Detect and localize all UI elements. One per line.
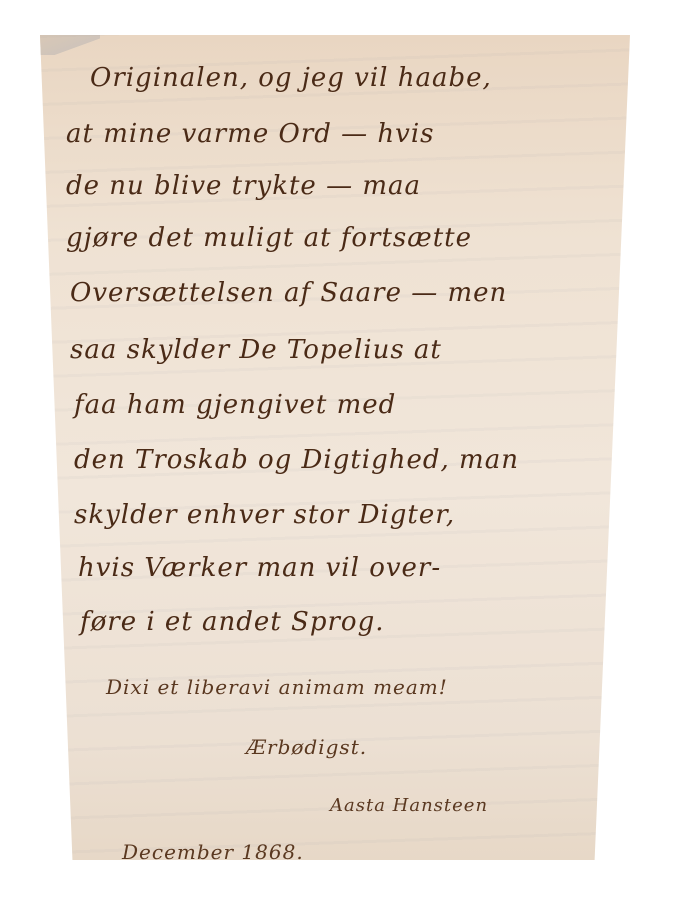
letter-line-9: skylder enhver stor Digter, [74,500,455,530]
letter-line-6: saa skylder De Topelius at [70,335,442,365]
letter-line-2: at mine varme Ord — hvis [66,119,435,149]
letter-line-10: hvis Værker man vil over- [78,553,441,583]
letter-line-4: gjøre det muligt at fortsætte [66,223,472,253]
letter-line-5: Oversættelsen af Saare — men [70,278,507,308]
closing: Ærbødigst. [246,735,367,759]
letter-page: Originalen, og jeg vil haabe, at mine va… [40,35,630,860]
signature: Aasta Hansteen [330,795,488,816]
letter-line-1: Originalen, og jeg vil haabe, [90,63,492,93]
line-6-text: saa skylder De Topelius at [70,335,442,365]
letter-line-3: de nu blive trykte — maa [66,171,421,201]
date: December 1868. [122,840,304,864]
letter-line-8: den Troskab og Digtighed, man [74,445,519,475]
date-underline [122,865,292,866]
latin-phrase: Dixi et liberavi animam meam! [106,675,448,699]
letter-line-7: faa ham gjengivet med [74,390,396,420]
letter-line-11: føre i et andet Sprog. [80,607,384,637]
footnote: (Blev ikke afsendt, men sagt mundtlig ti… [126,873,572,891]
